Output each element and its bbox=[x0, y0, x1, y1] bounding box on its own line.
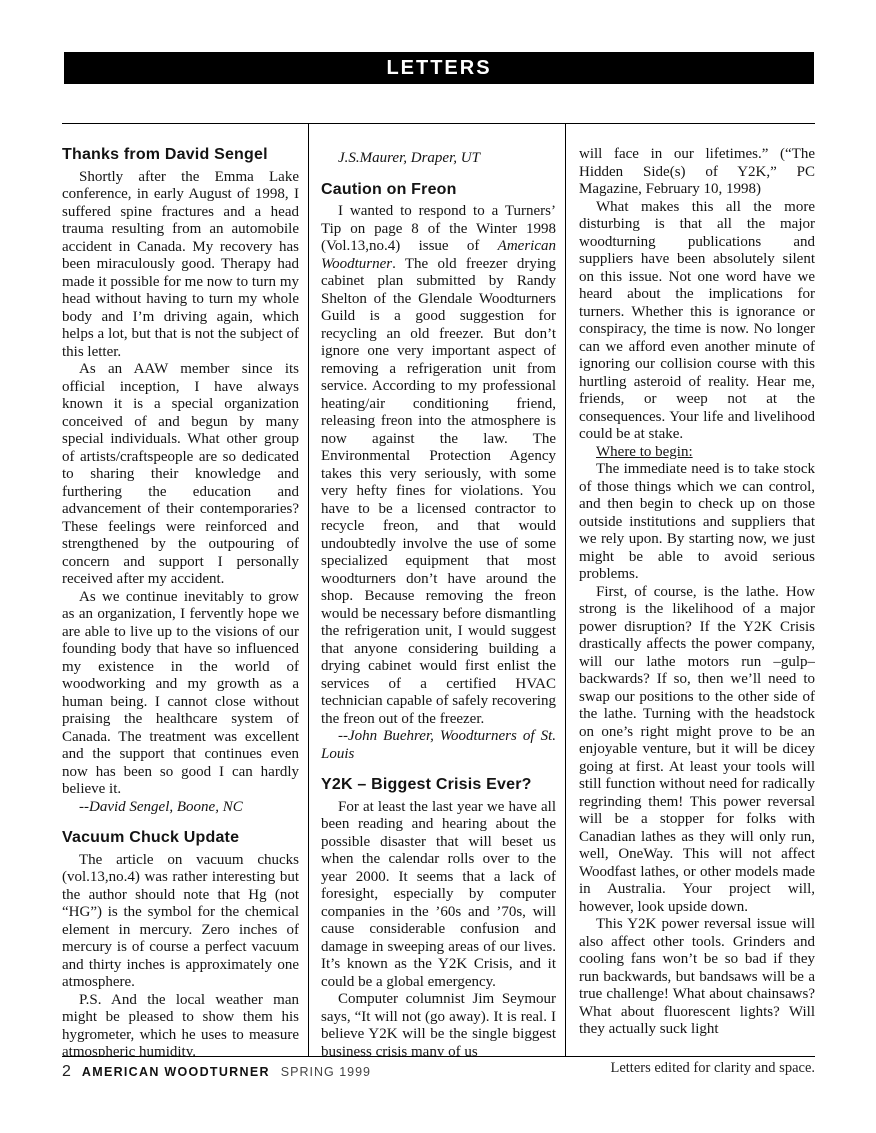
column-3: will face in our lifetimes.” (“The Hidde… bbox=[565, 124, 815, 1056]
letter-signature-john-buehrer: --John Buehrer, Woodturners of St. Louis bbox=[321, 728, 556, 763]
footer-note: Letters edited for clarity and space. bbox=[610, 1060, 815, 1077]
issue-date: SPRING 1999 bbox=[281, 1065, 371, 1079]
footer-left: 2 AMERICAN WOODTURNER SPRING 1999 bbox=[62, 1063, 371, 1081]
letter-paragraph: What makes this all the more disturbing … bbox=[579, 199, 815, 444]
letter-paragraph: Computer columnist Jim Seymour says, “It… bbox=[321, 991, 556, 1056]
letter-paragraph: First, of course, is the lathe. How stro… bbox=[579, 584, 815, 917]
page-title: LETTERS bbox=[386, 57, 491, 80]
letter-subheading-where-to-begin: Where to begin: bbox=[579, 444, 815, 462]
page-number: 2 bbox=[62, 1063, 71, 1081]
letter-paragraph: P.S. And the local weather man might be … bbox=[62, 992, 299, 1057]
letter-heading-thanks-from-david-sengel: Thanks from David Sengel bbox=[62, 146, 299, 164]
letter-signature-david-sengel: --David Sengel, Boone, NC bbox=[62, 799, 299, 817]
letters-header-bar: LETTERS bbox=[64, 52, 814, 84]
letter-paragraph: I wanted to respond to a Turners’ Tip on… bbox=[321, 203, 556, 728]
letter-paragraph: For at least the last year we have all b… bbox=[321, 799, 556, 992]
magazine-name: AMERICAN WOODTURNER bbox=[82, 1065, 270, 1079]
letter-heading-caution-on-freon: Caution on Freon bbox=[321, 181, 556, 199]
column-1: Thanks from David Sengel Shortly after t… bbox=[62, 124, 308, 1056]
paragraph-text: . The old freezer drying cabinet plan su… bbox=[321, 256, 556, 727]
letter-paragraph: As we continue inevitably to grow as an … bbox=[62, 589, 299, 799]
letter-paragraph: As an AAW member since its official ince… bbox=[62, 361, 299, 589]
letter-signature-js-maurer: J.S.Maurer, Draper, UT bbox=[321, 150, 556, 168]
letter-heading-y2k-biggest-crisis-ever: Y2K – Biggest Crisis Ever? bbox=[321, 776, 556, 794]
letter-paragraph-continuation: will face in our lifetimes.” (“The Hidde… bbox=[579, 146, 815, 199]
letter-paragraph: The immediate need is to take stock of t… bbox=[579, 461, 815, 584]
underlined-subhead-text: Where to begin: bbox=[596, 444, 693, 460]
letters-content: Thanks from David Sengel Shortly after t… bbox=[62, 123, 815, 1057]
column-2: J.S.Maurer, Draper, UT Caution on Freon … bbox=[308, 124, 565, 1056]
letter-paragraph: This Y2K power reversal issue will also … bbox=[579, 916, 815, 1039]
letter-paragraph: The article on vacuum chucks (vol.13,no.… bbox=[62, 852, 299, 992]
letter-heading-vacuum-chuck-update: Vacuum Chuck Update bbox=[62, 829, 299, 847]
letter-paragraph: Shortly after the Emma Lake conference, … bbox=[62, 169, 299, 362]
magazine-page: LETTERS Thanks from David Sengel Shortly… bbox=[0, 0, 876, 1133]
